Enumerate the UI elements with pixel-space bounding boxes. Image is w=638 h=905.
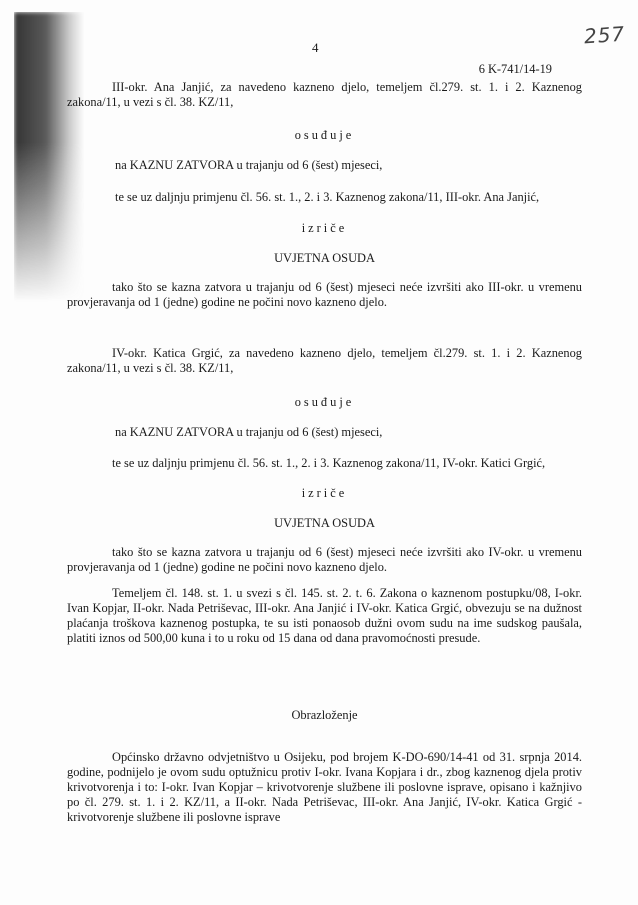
case-number: 6 K-741/14-19 [479,62,552,77]
section-iii-sentence: na KAZNU ZATVORA u trajanju od 6 (šest) … [115,158,382,173]
reasoning-heading: Obrazloženje [67,708,582,723]
handwritten-note: 257 [584,27,626,45]
section-iii-intro: III-okr. Ana Janjić, za navedeno kazneno… [67,80,582,110]
section-iv-intro: IV-okr. Katica Grgić, za navedeno kaznen… [67,346,582,376]
section-iv-application: te se uz daljnju primjenu čl. 56. st. 1.… [67,456,582,471]
document-page: 4 257 6 K-741/14-19 III-okr. Ana Janjić,… [0,0,638,905]
costs-paragraph: Temeljem čl. 148. st. 1. u svezi s čl. 1… [67,586,582,646]
section-iii-application: te se uz daljnju primjenu čl. 56. st. 1.… [115,190,539,205]
section-iv-measure: UVJETNA OSUDA [67,516,582,531]
reasoning-paragraph: Općinsko državno odvjetništvo u Osijeku,… [67,750,582,825]
section-iv-condition: tako što se kazna zatvora u trajanju od … [67,545,582,575]
section-iv-sentence: na KAZNU ZATVORA u trajanju od 6 (šest) … [115,425,382,440]
section-iii-verdict: osuđuje [67,128,582,143]
section-iv-verdict: osuđuje [67,395,582,410]
section-iv-imposes: izriče [67,486,582,501]
section-iii-condition: tako što se kazna zatvora u trajanju od … [67,280,582,310]
page-number: 4 [312,40,319,55]
section-iii-measure: UVJETNA OSUDA [67,251,582,266]
section-iii-imposes: izriče [67,221,582,236]
